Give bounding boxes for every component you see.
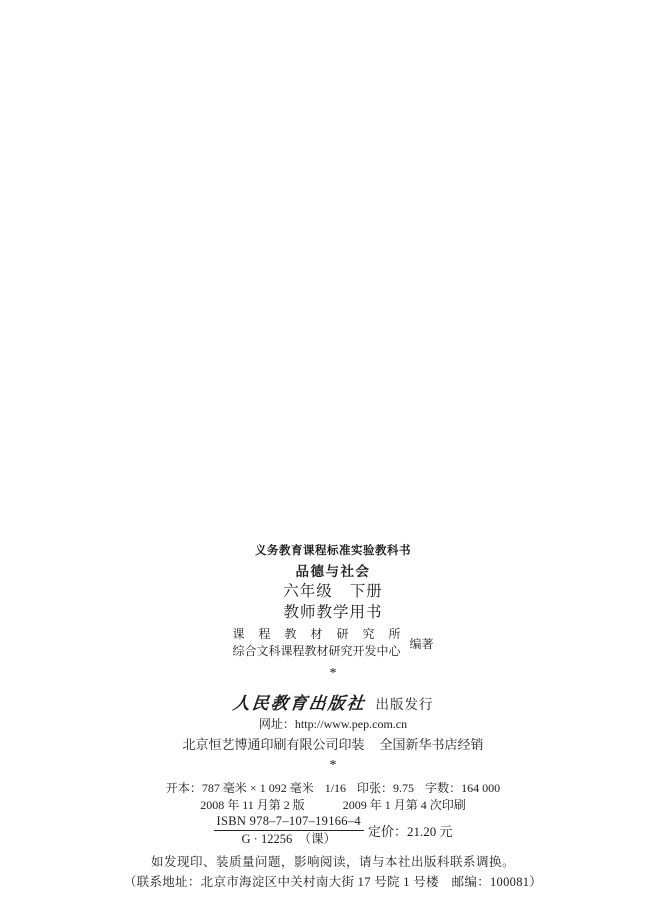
website-url: http://www.pep.com.cn bbox=[295, 717, 407, 731]
book-code: G · 12256 （课） bbox=[214, 831, 364, 847]
publisher-action: 出版发行 bbox=[376, 693, 434, 713]
separator-star-2: * bbox=[8, 759, 650, 772]
colophon-block: 义务教育课程标准实验教科书 品德与社会 六年级 下册 教师教学用书 课程教材研究… bbox=[8, 540, 650, 890]
author-line-2: 综合文科课程教材研究开发中心 bbox=[232, 643, 400, 660]
authors-block: 课程教材研究所 综合文科课程教材研究开发中心 编著 bbox=[8, 626, 650, 660]
printed-sheets: 印张：9.75 bbox=[357, 781, 414, 795]
publisher-row: 人民教育出版社 出版发行 bbox=[8, 689, 650, 714]
printer-name: 北京恒艺博通印刷有限公司印装 bbox=[182, 737, 364, 752]
printer-distributor-row: 北京恒艺博通印刷有限公司印装 全国新华书店经销 bbox=[8, 737, 650, 752]
edition-line: 2008 年 11 月第 2 版 2009 年 1 月第 4 次印刷 bbox=[8, 798, 650, 812]
impression-info: 2009 年 1 月第 4 次印刷 bbox=[343, 798, 466, 812]
isbn-fraction: ISBN 978–7–107–19166–4 G · 12256 （课） bbox=[214, 814, 364, 847]
isbn-row: ISBN 978–7–107–19166–4 G · 12256 （课） 定价：… bbox=[8, 814, 650, 847]
website-line: 网址：http://www.pep.com.cn bbox=[8, 717, 650, 731]
author-role: 编著 bbox=[410, 635, 434, 652]
word-count: 字数：164 000 bbox=[425, 781, 500, 795]
series-title: 义务教育课程标准实验教科书 bbox=[8, 545, 650, 558]
isbn-number: ISBN 978–7–107–19166–4 bbox=[214, 814, 364, 831]
price-label: 定价：21.20 元 bbox=[368, 821, 453, 840]
copyright-page: 义务教育课程标准实验教科书 品德与社会 六年级 下册 教师教学用书 课程教材研究… bbox=[0, 0, 650, 918]
website-label: 网址： bbox=[259, 717, 295, 731]
publisher-logo-text: 人民教育出版社 bbox=[231, 689, 367, 714]
author-line-1: 课程教材研究所 bbox=[232, 626, 400, 643]
volume-label: 下册 bbox=[350, 583, 383, 600]
quality-notice: 如发现印、装质量问题，影响阅读，请与本社出版科联系调换。 bbox=[8, 855, 650, 870]
separator-star-1: * bbox=[8, 667, 650, 680]
edition-info: 2008 年 11 月第 2 版 bbox=[200, 798, 305, 812]
format-line: 开本：787 毫米 × 1 092 毫米 1/16 印张：9.75 字数：164… bbox=[8, 781, 650, 795]
sheet-ratio: 1/16 bbox=[325, 781, 346, 795]
grade-label: 六年级 bbox=[283, 583, 333, 600]
format-spec: 开本：787 毫米 × 1 092 毫米 bbox=[166, 781, 314, 795]
book-title: 品德与社会 bbox=[8, 564, 650, 579]
book-subtitle: 教师教学用书 bbox=[8, 604, 650, 621]
distributor-name: 全国新华书店经销 bbox=[380, 737, 484, 752]
grade-volume-row: 六年级 下册 bbox=[8, 583, 650, 600]
author-names: 课程教材研究所 综合文科课程教材研究开发中心 bbox=[232, 626, 400, 660]
contact-address: （联系地址：北京市海淀区中关村南大街 17 号院 1 号楼 邮编：100081） bbox=[8, 875, 650, 890]
